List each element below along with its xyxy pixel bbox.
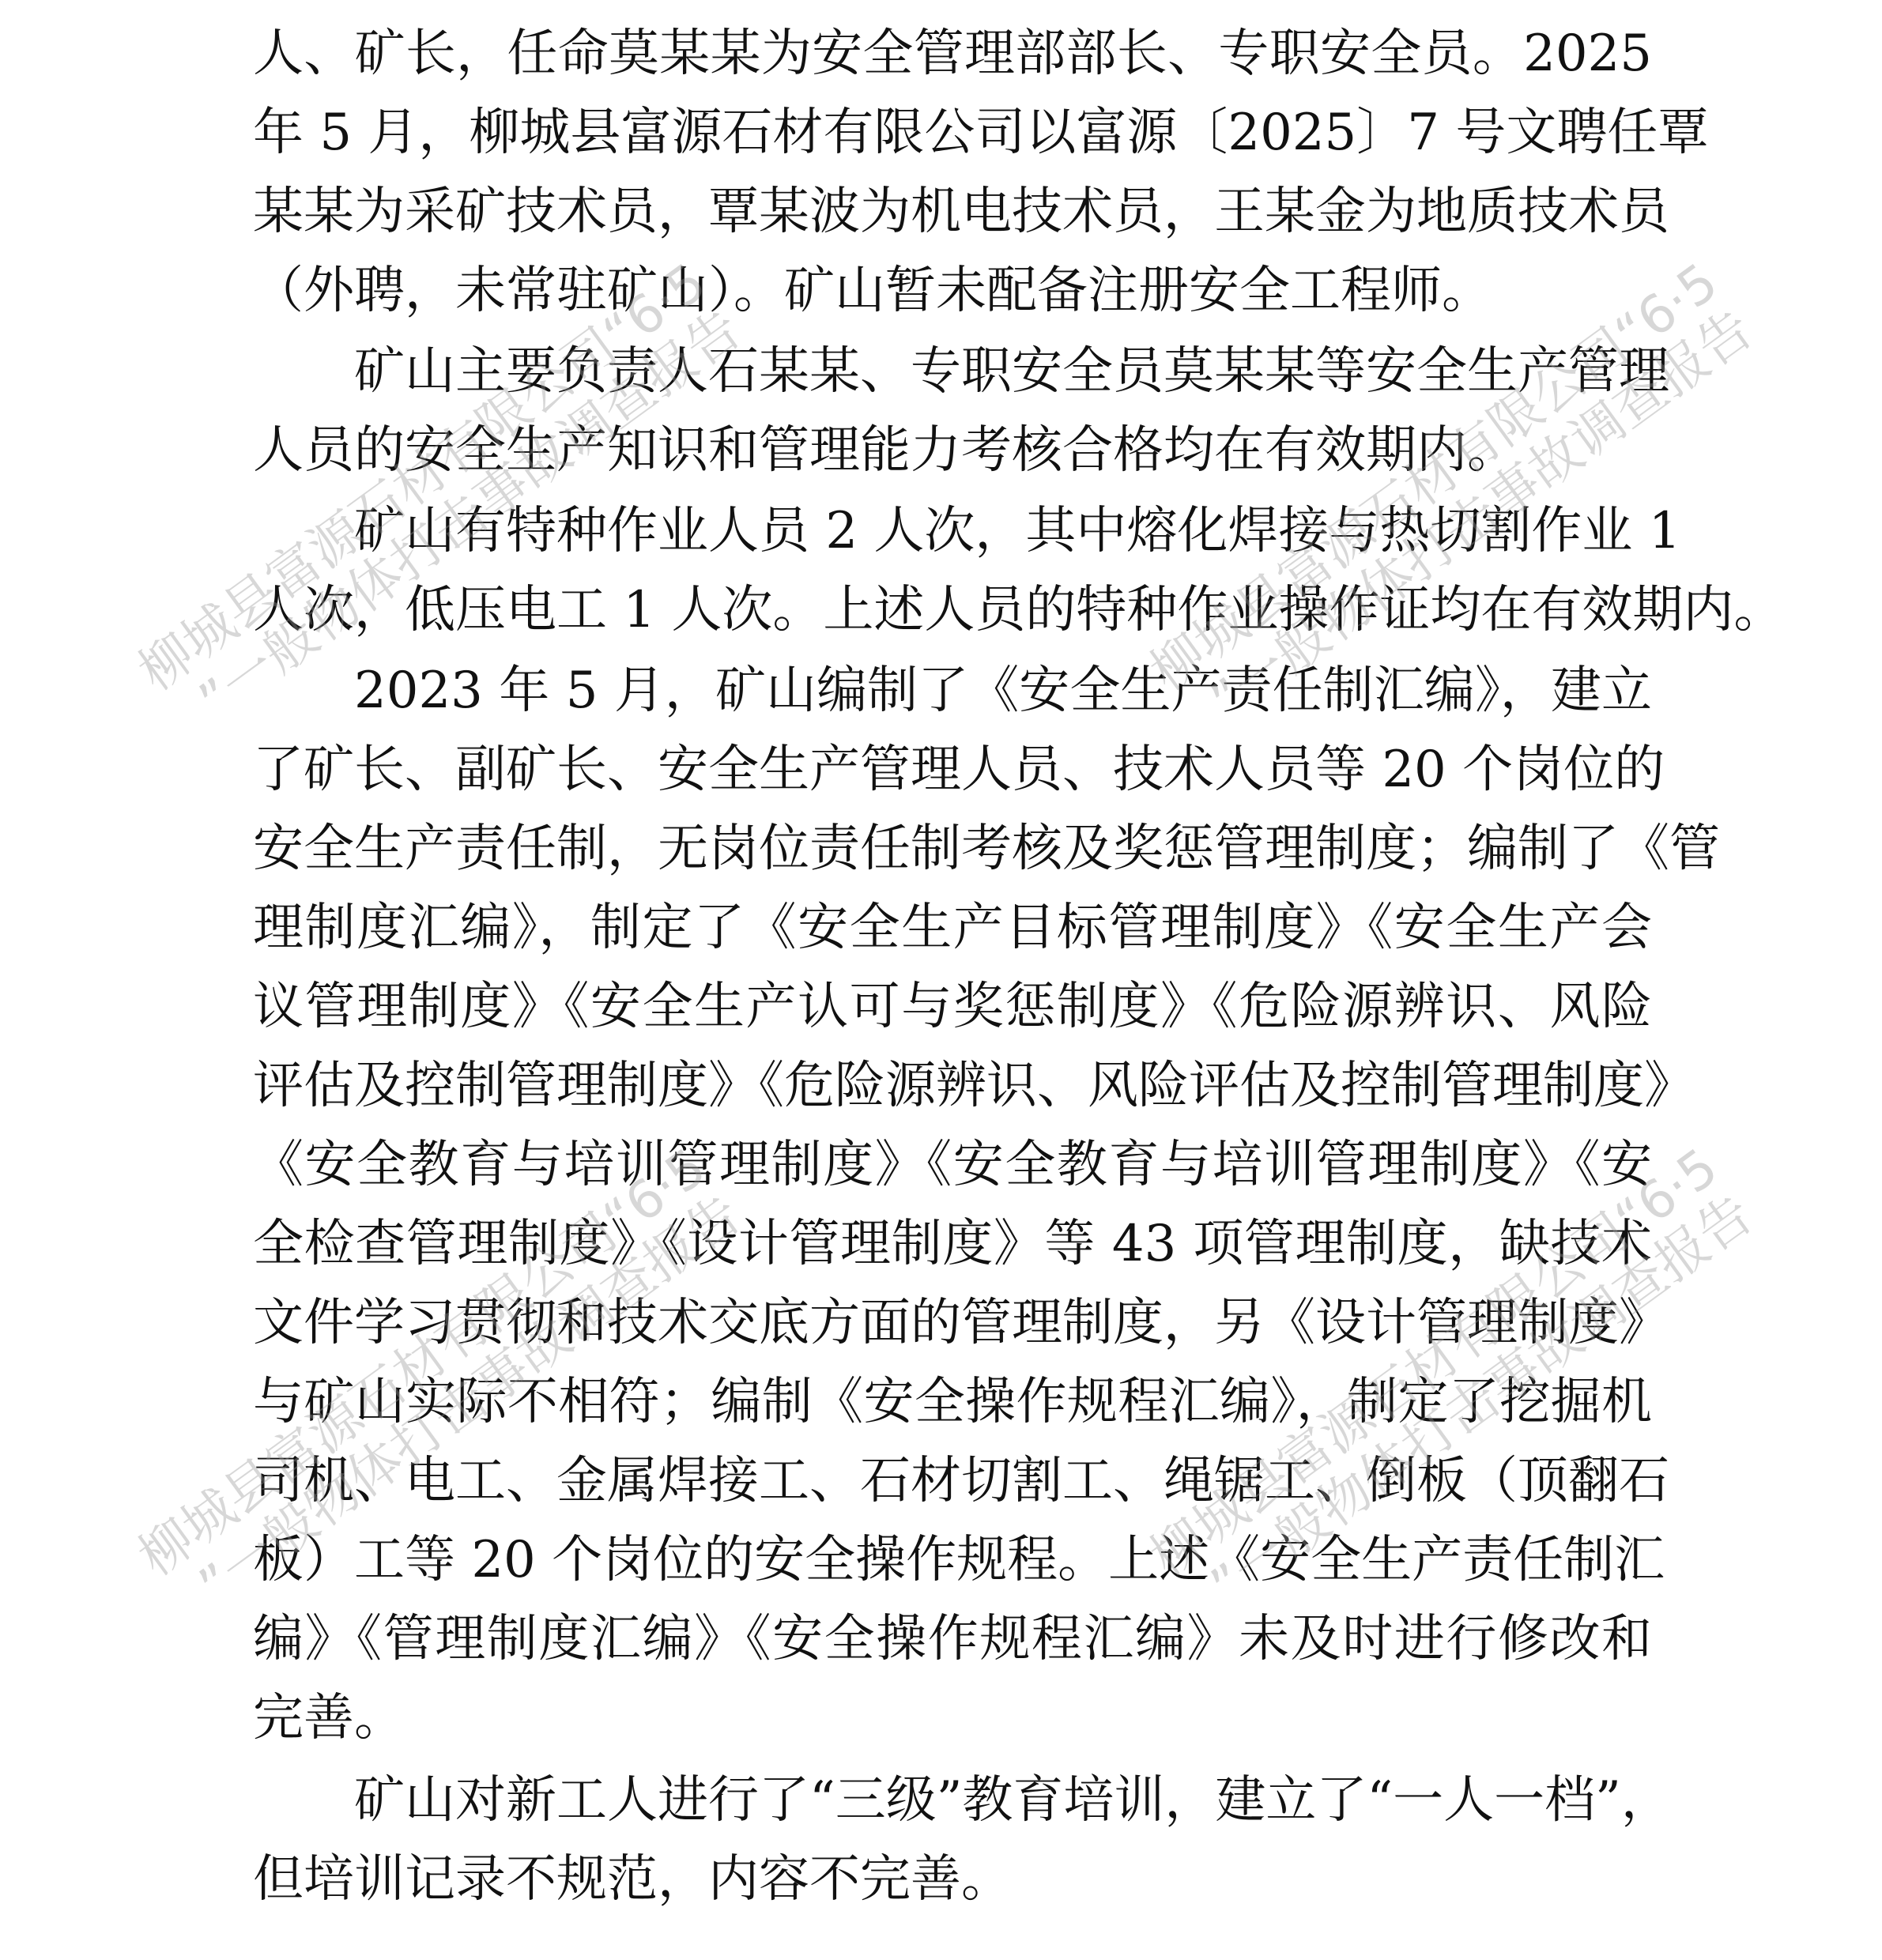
text-line: 人次，低压电工 1 人次。上述人员的特种作业操作证均在有效期内。 (253, 571, 1652, 650)
text-line: 板）工等 20 个岗位的安全操作规程。上述《安全生产责任制汇 (253, 1521, 1652, 1600)
text-line: 与矿山实际不相符；编制《安全操作规程汇编》，制定了挖掘机 (253, 1363, 1652, 1442)
watermark-quote: ” (188, 1551, 246, 1616)
text-line: （外聘，未常驻矿山）。矿山暂未配备注册安全工程师。 (253, 251, 1652, 330)
paragraph-start-line: 矿山对新工人进行了“三级”教育培训，建立了“一人一档”， (354, 1761, 1652, 1840)
text-line: 年 5 月，柳城县富源石材有限公司以富源〔2025〕7 号文聘任覃 (253, 93, 1652, 172)
text-line: 完善。 (253, 1679, 1652, 1758)
text-line: 议管理制度》《安全生产认可与奖惩制度》《危险源辨识、风险 (253, 967, 1652, 1046)
text-line: 全检查管理制度》《设计管理制度》等 43 项管理制度，缺技术 (253, 1204, 1652, 1283)
paragraph-start-line: 2023 年 5 月，矿山编制了《安全生产责任制汇编》，建立 (354, 651, 1652, 730)
text-line: 司机、电工、金属焊接工、石材切割工、绳锯工、倒板（顶翻石 (253, 1442, 1652, 1521)
text-line: 《安全教育与培训管理制度》《安全教育与培训管理制度》《安 (253, 1125, 1652, 1204)
text-line: 安全生产责任制，无岗位责任制考核及奖惩管理制度；编制了《管 (253, 809, 1652, 888)
text-line: 评估及控制管理制度》《危险源辨识、风险评估及控制管理制度》 (253, 1046, 1652, 1125)
text-line: 人员的安全生产知识和管理能力考核合格均在有效期内。 (253, 411, 1652, 490)
text-line: 某某为采矿技术员，覃某波为机电技术员，王某金为地质技术员 (253, 172, 1652, 251)
paragraph-start-line: 矿山主要负责人石某某、专职安全员莫某某等安全生产管理 (354, 332, 1652, 411)
text-line: 编》《管理制度汇编》《安全操作规程汇编》未及时进行修改和 (253, 1600, 1652, 1679)
document-page: 人、矿长，任命莫某某为安全管理部部长、专职安全员。2025 年 5 月，柳城县富… (0, 0, 1882, 1960)
text-line: 理制度汇编》，制定了《安全生产目标管理制度》《安全生产会 (253, 888, 1652, 967)
watermark-quote: ” (188, 666, 246, 731)
paragraph-start-line: 矿山有特种作业人员 2 人次，其中熔化焊接与热切割作业 1 (354, 492, 1652, 571)
text-line: 文件学习贯彻和技术交底方面的管理制度，另《设计管理制度》 (253, 1283, 1652, 1363)
text-line: 但培训记录不规范，内容不完善。 (253, 1840, 1652, 1919)
text-line: 人、矿长，任命莫某某为安全管理部部长、专职安全员。2025 (253, 14, 1652, 93)
text-line: 了矿长、副矿长、安全生产管理人员、技术人员等 20 个岗位的 (253, 730, 1652, 809)
